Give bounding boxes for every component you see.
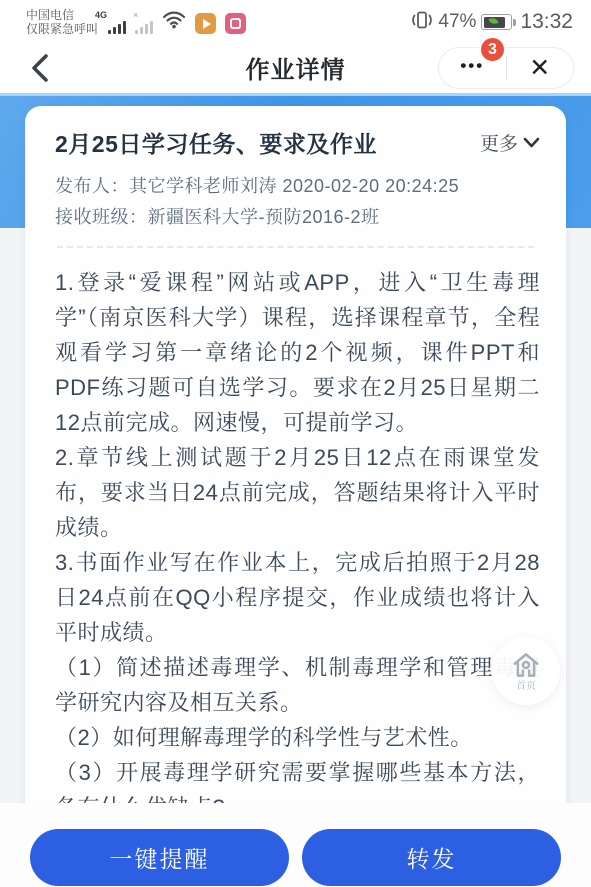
notification-badge: 3 [479, 36, 506, 63]
assignment-paragraph: 1.登录“爱课程”网站或APP，进入“卫生毒理学”（南京医科大学）课程，选择课程… [55, 265, 540, 440]
chevron-down-icon [523, 137, 540, 148]
home-icon [511, 651, 541, 679]
video-app-icon [195, 13, 216, 34]
recipient-class-line: 接收班级：新疆医科大学-预防2016-2班 [55, 202, 540, 233]
signal-4g-icon: 4G [108, 19, 126, 34]
vibrate-icon [411, 9, 433, 36]
more-toggle-label: 更多 [480, 129, 518, 156]
nav-bar: 作业详情 ••• ✕ 3 [0, 42, 591, 93]
status-bar: 中国电信 仅限紧急呼叫 4G × [0, 0, 591, 42]
footer-bar: 一键提醒 转发 [0, 803, 591, 887]
assignment-paragraph: 2.章节线上测试题于2月25日12点在雨课堂发布，要求当日24点前完成，答题结果… [55, 440, 540, 545]
status-icons: 4G × [108, 10, 246, 34]
assignment-card: 2月25日学习任务、要求及作业 更多 发布人：其它学科老师刘涛 2020-02-… [25, 106, 566, 887]
assignment-paragraph: （2）如何理解毒理学的科学性与艺术性。 [55, 720, 540, 755]
carrier-block: 中国电信 仅限紧急呼叫 [26, 8, 98, 36]
capsule-menu: ••• ✕ 3 [438, 47, 574, 89]
publisher-line: 发布人：其它学科老师刘涛 2020-02-20 20:24:25 [55, 171, 540, 202]
more-toggle[interactable]: 更多 [480, 129, 540, 156]
wifi-icon [162, 10, 186, 34]
assignment-title: 2月25日学习任务、要求及作业 [55, 126, 480, 159]
battery-percent: 47% [438, 11, 476, 33]
battery-icon [481, 14, 512, 30]
back-chevron-icon [31, 53, 49, 83]
back-button[interactable] [22, 50, 58, 86]
app-screen: 中国电信 仅限紧急呼叫 4G × [0, 0, 591, 887]
card-header: 2月25日学习任务、要求及作业 更多 发布人：其它学科老师刘涛 2020-02-… [25, 106, 566, 248]
forward-button[interactable]: 转发 [302, 829, 561, 886]
signal-no-sim-icon: × [135, 19, 153, 34]
network-type-label: 4G [95, 10, 107, 20]
status-right: 47% 13:32 [411, 9, 573, 36]
assignment-body: 1.登录“爱课程”网站或APP，进入“卫生毒理学”（南京医科大学）课程，选择课程… [25, 248, 566, 860]
page-title: 作业详情 [246, 50, 346, 85]
ellipsis-icon: ••• [460, 57, 484, 80]
no-sim-mark: × [133, 10, 138, 20]
remind-button[interactable]: 一键提醒 [30, 829, 289, 886]
close-button[interactable]: ✕ [507, 48, 574, 88]
close-icon: ✕ [529, 56, 550, 81]
home-fab[interactable]: 首页 [492, 637, 560, 705]
home-fab-label: 首页 [516, 677, 536, 692]
assignment-paragraph: （1）简述描述毒理学、机制毒理学和管理毒理学研究内容及相互关系。 [55, 650, 540, 720]
recorder-app-icon [225, 13, 246, 34]
carrier-label: 中国电信 [26, 8, 98, 22]
assignment-paragraph: 3.书面作业写在作业本上，完成后拍照于2月28日24点前在QQ小程序提交，作业成… [55, 545, 540, 650]
emergency-label: 仅限紧急呼叫 [26, 22, 98, 36]
clock-time: 13:32 [520, 10, 573, 34]
